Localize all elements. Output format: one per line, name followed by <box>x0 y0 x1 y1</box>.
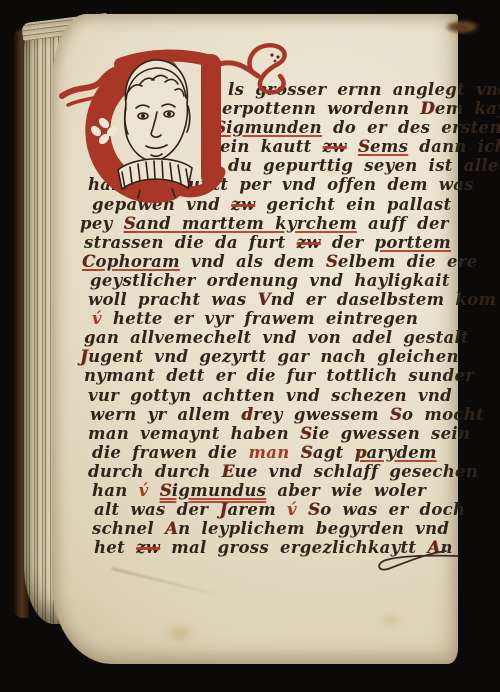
manuscript-word: v́ <box>287 500 297 519</box>
manuscript-line: durch durch Eue vnd schlaff gesechen <box>88 462 468 481</box>
manuscript-line: woll pracht was Vnd er daselbstem kom <box>88 290 468 309</box>
manuscript-word: do er des erstenn <box>322 118 500 137</box>
top-edge-damage-spot <box>444 20 480 34</box>
manuscript-word: du gepurttig seyen ist allent <box>228 156 500 175</box>
manuscript-word: vnd schlaff gesechen <box>258 462 479 481</box>
manuscript-word: strassen die da furt <box>84 233 297 252</box>
manuscript-line: erpottenn wordenn Dem kaysser <box>222 99 468 118</box>
manuscript-word <box>276 500 287 519</box>
manuscript-word <box>344 443 355 462</box>
manuscript-word: mal gross ergezlichkaytt <box>160 538 427 557</box>
manuscript-line: halbenn kuntt per vnd offen dem was <box>88 175 468 194</box>
manuscript-line: wern yr allem drey gwessem So mocht <box>90 405 468 424</box>
manuscript-word: aber wie woler <box>266 481 426 500</box>
manuscript-word: gan allvemechelt vnd von adel gestalt <box>84 328 469 347</box>
manuscript-word: dann ich vn <box>408 137 500 156</box>
manuscript-word: So <box>308 500 332 519</box>
manuscript-word: v́ <box>92 309 102 328</box>
manuscript-word: halbenn kuntt per vnd offen dem was <box>88 175 474 194</box>
manuscript-line: pey Sand marttem kyrchem auff der <box>80 214 468 233</box>
manuscript-word: gwessem <box>283 405 390 424</box>
manuscript-line: Sigmunden do er des erstenn <box>214 118 468 137</box>
manuscript-word: zw <box>231 195 255 214</box>
manuscript-word: het <box>94 538 136 557</box>
manuscript-line: Cophoram vnd als dem Selbem die ere <box>82 252 468 271</box>
manuscript-word: gwessen sein <box>330 424 471 443</box>
manuscript-word: die ere <box>396 252 478 271</box>
page-crease <box>112 568 229 599</box>
foxing-stain <box>158 620 202 646</box>
manuscript-word: mocht <box>413 405 484 424</box>
manuscript-word: zw <box>136 538 160 557</box>
manuscript-word: Sie <box>300 424 330 443</box>
manuscript-word: durch durch <box>88 462 222 481</box>
photo-background: ls grosser ernn anglegt vnderpottenn wor… <box>0 0 500 692</box>
manuscript-word: gericht ein pallast <box>255 195 451 214</box>
manuscript-line: strassen die da furt zw der porttem <box>84 233 468 252</box>
manuscript-word: wern yr allem <box>90 405 241 424</box>
manuscript-word: Sigmundus <box>160 481 267 500</box>
manuscript-word <box>347 137 358 156</box>
manuscript-line: gepawen vnd zw gericht ein pallast <box>92 195 468 214</box>
manuscript-line: gan allvemechelt vnd von adel gestalt <box>84 328 468 347</box>
manuscript-word: An <box>165 519 190 538</box>
manuscript-word: der <box>321 233 375 252</box>
manuscript-word: hette er vyr frawem eintregen <box>102 309 418 328</box>
manuscript-line: het zw mal gross ergezlichkaytt An <box>94 538 468 557</box>
manuscript-word: nymant dett er die fur tottlich sunder <box>84 366 474 385</box>
manuscript-word: zw <box>297 233 321 252</box>
manuscript-line: man vemaynt haben Sie gwessen sein <box>88 424 468 443</box>
manuscript-line: nymant dett er die fur tottlich sunder <box>84 366 468 385</box>
manuscript-word: v́ <box>139 481 149 500</box>
manuscript-line: ls grosser ernn anglegt vnd <box>228 80 468 99</box>
manuscript-word: vur gottyn achtten vnd schezen vnd <box>88 386 452 405</box>
manuscript-word: So <box>390 405 414 424</box>
manuscript-word: Vnd <box>258 290 295 309</box>
manuscript-line: v́ hette er vyr frawem eintregen <box>92 309 468 328</box>
manuscript-word: Sigmunden <box>214 118 322 137</box>
manuscript-word: Sems <box>358 137 408 156</box>
manuscript-word: geystlicher ordenung vnd hayligkait <box>90 271 450 290</box>
manuscript-word <box>149 481 160 500</box>
manuscript-word: Dem <box>420 99 463 118</box>
manuscript-word: han <box>92 481 139 500</box>
manuscript-word: Cophoram <box>82 252 180 271</box>
manuscript-word <box>297 500 308 519</box>
manuscript-line: han v́ Sigmundus aber wie woler <box>92 481 468 500</box>
manuscript-word: man vemaynt haben <box>88 424 300 443</box>
manuscript-line: Jugent vnd gezyrtt gar nach gleichen <box>80 347 468 366</box>
manuscript-word: Sagt <box>301 443 344 462</box>
manuscript-word: porttem <box>375 233 452 252</box>
foxing-stain <box>374 610 408 630</box>
manuscript-word: kaysser <box>463 99 500 118</box>
manuscript-word: ein kautt <box>220 137 323 156</box>
manuscript-text: ls grosser ernn anglegt vnderpottenn wor… <box>76 80 468 557</box>
manuscript-line: geystlicher ordenung vnd hayligkait <box>90 271 468 290</box>
manuscript-word: vnd als dem <box>180 252 326 271</box>
manuscript-word <box>290 443 301 462</box>
manuscript-word: alt was der <box>94 500 219 519</box>
manuscript-word: drey <box>241 405 283 424</box>
manuscript-word: schnel <box>92 519 165 538</box>
manuscript-word: er daselbstem kom <box>295 290 496 309</box>
manuscript-word: was er doch <box>332 500 466 519</box>
manuscript-line: die frawen die man Sagt parydem <box>92 443 468 462</box>
manuscript-word: auff der <box>357 214 449 233</box>
manuscript-word: pey <box>80 214 124 233</box>
manuscript-line: vur gottyn achtten vnd schezen vnd <box>88 386 468 405</box>
manuscript-word: Sand marttem kyrchem <box>124 214 357 233</box>
manuscript-word: parydem <box>355 443 437 462</box>
manuscript-word: zw <box>323 137 347 156</box>
manuscript-word: vnd gezyrtt gar nach gleichen <box>143 347 459 366</box>
manuscript-word: Jarem <box>219 500 276 519</box>
manuscript-word: ls grosser ernn anglegt vnd <box>228 80 500 99</box>
manuscript-word: Eue <box>222 462 258 481</box>
manuscript-line: du gepurttig seyen ist allent <box>228 156 468 175</box>
manuscript-word: die frawen die <box>92 443 249 462</box>
manuscript-word: erpottenn wordenn <box>222 99 420 118</box>
manuscript-word: An <box>427 538 452 557</box>
manuscript-line: alt was der Jarem v́ So was er doch <box>94 500 468 519</box>
manuscript-word: Selbem <box>326 252 396 271</box>
manuscript-line: ein kautt zw Sems dann ich vn <box>220 137 468 156</box>
manuscript-word: Jugent <box>80 347 143 366</box>
manuscript-word: woll pracht was <box>88 290 258 309</box>
manuscript-word: leyplichem begyrden vnd <box>190 519 449 538</box>
manuscript-word: man <box>249 443 290 462</box>
manuscript-word: gepawen vnd <box>92 195 231 214</box>
manuscript-line: schnel An leyplichem begyrden vnd <box>92 519 468 538</box>
